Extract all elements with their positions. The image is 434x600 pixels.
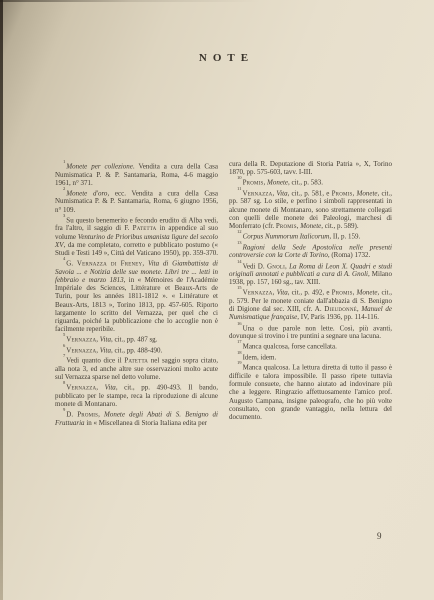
scanned-book-page: NOTE 1Monete per collezione. Vendita a c… xyxy=(0,0,434,600)
footnote-text: Monete per collezione xyxy=(66,162,133,170)
footnote-text: , cit., pp. 488-490. xyxy=(111,346,162,354)
footnote-text: Vernazza xyxy=(66,384,96,392)
footnote-text: Vernazza xyxy=(243,289,273,297)
footnote-text: Gnoli xyxy=(267,262,285,270)
page-top-edge-shadow xyxy=(0,0,434,2)
footnote-text: , cit., p. 581, e xyxy=(288,189,332,197)
footnote-marker: 13 xyxy=(237,240,242,245)
footnote: 12Corpus Nummorum Italicorum, II, p. 159… xyxy=(229,230,392,241)
footnote: 19Manca qualcosa. La lettura diretta di … xyxy=(229,361,392,421)
footnote-marker: 7 xyxy=(63,353,65,358)
footnote-marker: 8 xyxy=(63,380,65,385)
footnote-text: Manca qualcosa. La lettura diretta di tu… xyxy=(229,364,392,421)
footnote-text: Monete xyxy=(357,289,378,297)
footnote-text: Vita xyxy=(276,189,287,197)
footnote-marker: 5 xyxy=(63,332,65,337)
footnote-text: , (Roma) 1732. xyxy=(328,251,370,259)
footnote-marker: 19 xyxy=(237,360,242,365)
footnotes-column-right: cura della R. Deputazione di Storia Patr… xyxy=(229,160,392,427)
footnote-text: Promis xyxy=(332,289,353,297)
footnote-text: Vernazza xyxy=(66,346,96,354)
footnote-text: Vita xyxy=(105,384,116,392)
footnote: 18Idem, idem. xyxy=(229,351,392,362)
footnote-text: Monete xyxy=(267,179,288,187)
footnote: 4G. Vernazza di Freney, Vita di Giambatt… xyxy=(55,257,218,333)
footnote-marker: 14 xyxy=(237,259,242,264)
footnote: 13Ragioni della Sede Apostolica nelle pr… xyxy=(229,241,392,260)
footnote-text: Manca qualcosa, forse cancellata. xyxy=(243,343,337,351)
footnote-text: Vernazza xyxy=(242,189,272,197)
footnote-text: Monete d'oro xyxy=(66,189,107,197)
footnote: 16Una o due parole non lette. Così, più … xyxy=(229,322,392,341)
footnote: 11Vernazza, Vita, cit., p. 581, e Promis… xyxy=(229,187,392,230)
footnote-text: Promis xyxy=(243,179,264,187)
footnote-text: Vedi quanto dice il xyxy=(66,357,124,365)
footnote-text: Idem, idem. xyxy=(243,353,277,361)
footnote-marker: 4 xyxy=(63,256,65,261)
footnote: 17Manca qualcosa, forse cancellata. xyxy=(229,340,392,351)
footnote: 15Vernazza, Vita, cit., p. 492, e Promis… xyxy=(229,286,392,321)
footnote-text: , da me completato, corretto e pubblicat… xyxy=(55,241,218,257)
footnote-text: Dieudonné xyxy=(324,305,357,313)
page-number: 9 xyxy=(377,531,382,541)
footnote-text: cura della R. Deputazione di Storia Patr… xyxy=(229,160,392,176)
footnote-text: Promis xyxy=(332,189,353,197)
footnote: 8Vernazza, Vita, cit., pp. 490-493. Il b… xyxy=(55,381,218,408)
footnote-text: , cit., pp. 487 sg. xyxy=(111,336,157,344)
footnote-text: D. xyxy=(66,411,77,419)
footnote-text: Promis xyxy=(276,222,297,230)
footnote-marker: 15 xyxy=(237,285,242,290)
footnote: 7Vedi quanto dice il Patetta nel saggio … xyxy=(55,354,218,381)
footnote-text: Vita xyxy=(100,336,111,344)
footnote-text: Una o due parole non lette. Così, più av… xyxy=(229,324,392,340)
footnote-text: Patetta xyxy=(133,224,157,232)
footnote-marker: 16 xyxy=(237,321,242,326)
footnote-text: , cit., p. 583. xyxy=(288,179,323,187)
footnote-marker: 9 xyxy=(63,407,65,412)
footnote: 9D. Promis, Monete degli Abati di S. Ben… xyxy=(55,408,218,427)
footnote-text: Vita xyxy=(277,289,288,297)
footnote-text: in « Miscellanea di Storia Italiana edit… xyxy=(85,419,207,427)
footnote-text: Monete xyxy=(300,222,321,230)
footnote-text: , cit., p. 492, e xyxy=(288,289,332,297)
footnote: 14Vedi D. Gnoli, La Roma di Leon X. Quad… xyxy=(229,260,392,287)
footnote-text: , cit., p. 589). xyxy=(321,222,358,230)
footnote: 6Vernazza, Vita, cit., pp. 488-490. xyxy=(55,344,218,355)
footnote: 5Vernazza, Vita, cit., pp. 487 sg. xyxy=(55,333,218,344)
footnote-marker: 1 xyxy=(63,159,65,164)
footnote-marker: 18 xyxy=(237,350,242,355)
footnote: 3Su questo benemerito e fecondo erudito … xyxy=(55,214,218,257)
footnote-text: Vedi D. xyxy=(243,262,267,270)
footnote-text: Patetta xyxy=(124,357,148,365)
footnote-marker: 2 xyxy=(63,186,65,191)
footnote-text: Vita xyxy=(100,346,111,354)
footnote: 1Monete per collezione. Vendita a cura d… xyxy=(55,160,218,187)
footnote-text: G. xyxy=(66,260,77,268)
footnote-text: Corpus Nummorum Italicorum xyxy=(243,233,330,241)
footnote-marker: 10 xyxy=(237,175,242,180)
footnote: 10Promis, Monete, cit., p. 583. xyxy=(229,176,392,187)
footnote-text: Vernazza di Freney xyxy=(77,260,142,268)
page-left-edge-shadow xyxy=(0,0,3,600)
footnote-text: Promis xyxy=(77,411,98,419)
footnote: 2Monete d'oro, ecc. Vendita a cura della… xyxy=(55,187,218,214)
footnote-text: , IV, Paris 1936, pp. 114-116. xyxy=(297,313,379,321)
footnotes-columns: 1Monete per collezione. Vendita a cura d… xyxy=(55,160,392,427)
page-title: NOTE xyxy=(55,0,392,64)
footnote-text: , II, p. 159. xyxy=(329,233,360,241)
footnote-marker: 11 xyxy=(237,186,241,191)
footnote-text: , xyxy=(96,384,104,392)
footnotes-column-left: 1Monete per collezione. Vendita a cura d… xyxy=(55,160,218,427)
footnote-continuation: cura della R. Deputazione di Storia Patr… xyxy=(229,160,392,176)
footnote-marker: 3 xyxy=(63,213,65,218)
footnote-marker: 12 xyxy=(237,229,242,234)
footnote-text: Vernazza xyxy=(66,336,96,344)
footnote-text: Monete xyxy=(357,189,378,197)
footnote-marker: 17 xyxy=(237,339,242,344)
footnote-text: , in « Mémoires de l'Académie Impériale … xyxy=(55,276,218,333)
footnote-marker: 6 xyxy=(63,343,65,348)
